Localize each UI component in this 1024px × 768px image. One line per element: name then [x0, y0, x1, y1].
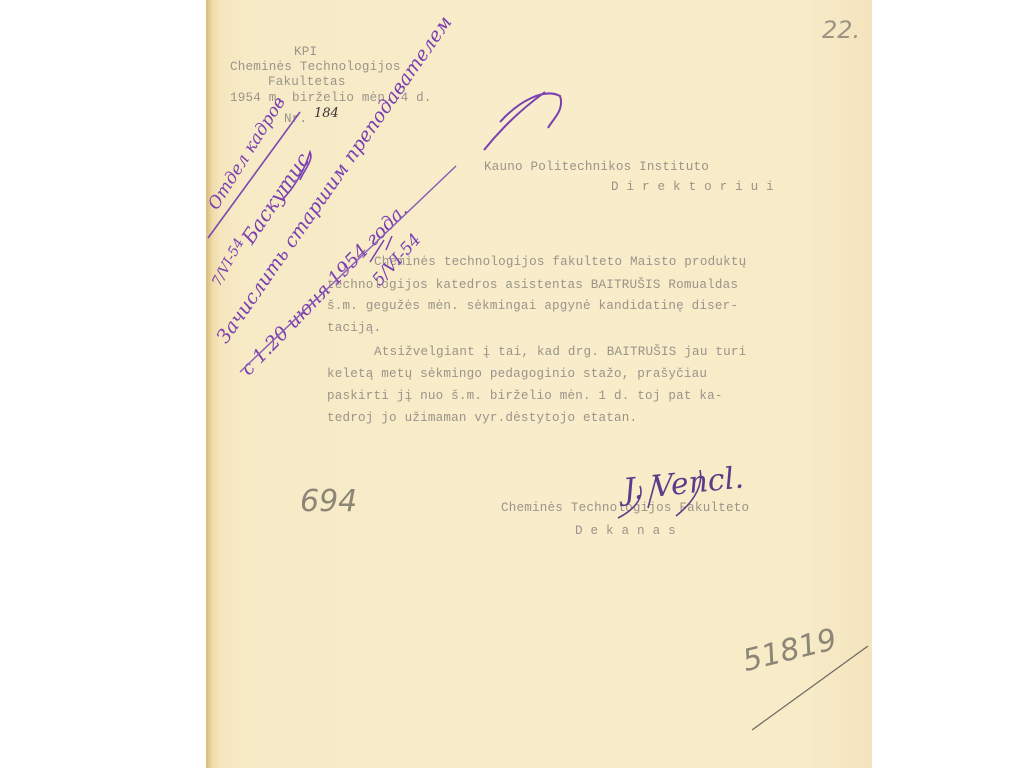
body-line: keletą metų sėkmingo pedagoginio stažo, … — [327, 368, 707, 381]
header-faculty: Cheminės Technologijos — [230, 61, 401, 74]
signatory-title: D e k a n a s — [575, 525, 676, 538]
addressee-institution: Kauno Politechnikos Instituto — [484, 161, 709, 174]
header-nr-label: Nr. — [284, 113, 307, 126]
header-nr-value: 184 — [314, 106, 339, 121]
body-line: Atsižvelgiant į tai, kad drg. BAITRUŠIS … — [374, 346, 746, 359]
page-binding-edge — [206, 0, 211, 768]
addressee-title: D i r e k t o r i u i — [611, 181, 774, 194]
body-line: taciją. — [327, 322, 381, 335]
body-line: tedroj jo užimaman vyr.dėstytojo etatan. — [327, 412, 637, 425]
body-line: š.m. gegužės mėn. sėkmingai apgynė kandi… — [327, 300, 738, 313]
pencil-number-left: 694 — [300, 487, 357, 517]
header-org: KPI — [294, 46, 317, 59]
header-faculty-2: Fakultetas — [268, 76, 346, 89]
body-line: Cheminės technologijos fakulteto Maisto … — [374, 256, 746, 269]
body-line: paskirti jį nuo š.m. birželio mėn. 1 d. … — [327, 390, 723, 403]
page-number: 22. — [822, 18, 860, 42]
